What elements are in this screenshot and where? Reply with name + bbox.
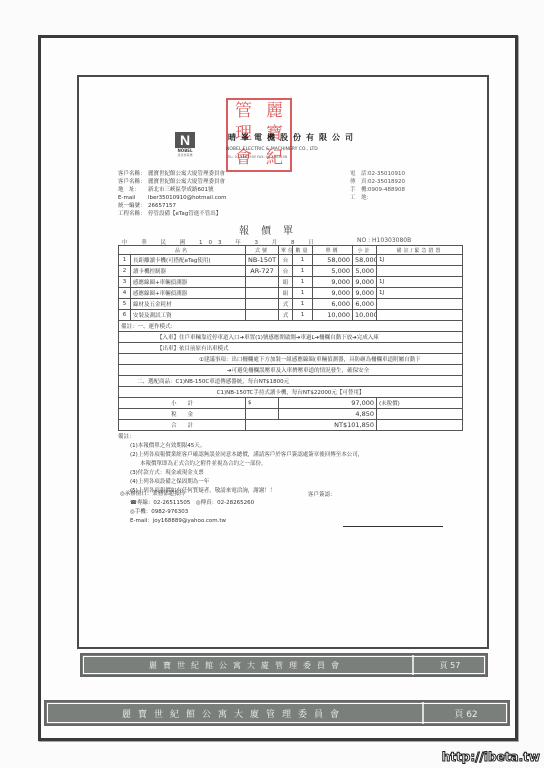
stamp-char: 管 (228, 100, 259, 123)
item-remark: 1J (377, 255, 463, 266)
item-qty: 1 (293, 277, 313, 288)
label: 地 址： (118, 186, 148, 194)
customer-signature-label: 客戶簽認： (308, 490, 336, 498)
item-subtotal: 5,000 (353, 266, 377, 277)
customer-row: 客戶名稱：麗寶世紀館公寓大廈管理委員會 (118, 178, 226, 186)
stamp-char: 麗 (259, 100, 290, 123)
note-text: 二、選配商品：C1)NB-150C車道傳感器統，每台NT$1800元 (119, 376, 463, 387)
item-subtotal: 6,000 (353, 299, 377, 310)
item-unit-price: 5,000 (313, 266, 353, 277)
item-unit: 台 (279, 266, 293, 277)
table-note-row: 備註：一、運作模式： (119, 321, 463, 332)
sales-window: ◎承辦窗口：業務部趙振玲 (120, 490, 254, 499)
sales-mobile: ◎手機：0982-976303 (120, 508, 254, 517)
value: 02-35010910 (368, 170, 405, 178)
item-model (246, 288, 279, 299)
label: E-mail (118, 194, 148, 202)
value: 麗寶世紀館公寓大廈管理委員會 (148, 178, 225, 186)
header-subtotal: 小計 (353, 246, 377, 255)
footer-page-number: 頁 57 (414, 655, 486, 675)
item-name: 讀卡機控制器 (131, 266, 246, 277)
remark-item: (4)上列各項設備之保固期為一年 (118, 478, 363, 487)
inner-footer-bar: 麗寶世紀館公寓大廈管理委員會 頁 57 (80, 653, 488, 677)
item-remark (377, 299, 463, 310)
footer-title: 麗寶世紀館公寓大廈管理委員會 (46, 702, 424, 724)
quote-number: NO : H10303080B (357, 237, 411, 244)
header-model: 式號 (246, 246, 279, 255)
header-unit: 單位 (279, 246, 293, 255)
note-text: 【入車】住戶車輛靠近停車道入口➔車置(1)號感應開啟閘➔車過L➔柵欄自動下放➔完… (119, 332, 463, 343)
note-text: ①建議事項：出口柵欄處下方加裝一組感應線圈(車輛偵測器，具防砸為柵欄車道附屬自動… (119, 354, 463, 365)
item-number: 1 (119, 255, 131, 266)
item-qty: 1 (293, 310, 313, 321)
label: 工 地： (350, 194, 368, 202)
item-model (246, 310, 279, 321)
item-unit-price: 9,000 (313, 288, 353, 299)
contact-row: 手 機：0909-488908 (350, 186, 405, 194)
table-note-row: 【入車】住戶車輛靠近停車道入口➔車置(1)號感應開啟閘➔車過L➔柵欄自動下放➔完… (119, 332, 463, 343)
item-subtotal: 9,000 (353, 288, 377, 299)
table-note-row: ①建議事項：出口柵欄處下方加裝一組感應線圈(車輛偵測器，具防砸為柵欄車道附屬自動… (119, 354, 463, 365)
sales-phone-fax: ☎專線：02-26511505 ◎傳真：02-28265260 (120, 499, 254, 508)
item-model: NB-150T (246, 255, 279, 266)
item-name: 長距離讀卡機(可搭配eTag使用) (131, 255, 246, 266)
customer-row: 統一編號：26657157 (118, 202, 226, 210)
contact-row: 傳 真：02-35018920 (350, 178, 405, 186)
tax-spacer (246, 409, 279, 420)
table-row: 5線材及五金耗材式16,0006,000 (119, 299, 463, 310)
value: 麗寶世紀館公寓大廈管理委員會 (148, 170, 225, 178)
item-name: 感應線圈+車輛偵測器 (131, 277, 246, 288)
company-name: 晴峯電機股份有限公司 (228, 132, 358, 143)
item-model (246, 299, 279, 310)
header-item-name: 品名 (119, 246, 246, 255)
note-text: 備註：一、運作模式： (119, 321, 463, 332)
header-qty: 數量 (293, 246, 313, 255)
value: 02-35018920 (368, 178, 405, 186)
total-note (377, 420, 463, 431)
tax-note (377, 409, 463, 420)
item-subtotal: 58,000 (353, 255, 377, 266)
item-unit-price: 9,000 (313, 277, 353, 288)
table-note-row: 二、選配商品：C1)NB-150C車道傳感器統，每台NT$1800元 (119, 376, 463, 387)
note-text: 【出車】依目前原有出車模式 (119, 343, 463, 354)
tax-row: 稅 金 4,850 (119, 409, 463, 420)
item-qty: 1 (293, 299, 313, 310)
footer-title: 麗寶世紀館公寓大廈管理委員會 (82, 655, 414, 675)
label: 傳 真： (350, 178, 368, 186)
item-number: 3 (119, 277, 131, 288)
label: 工程名稱： (118, 210, 148, 218)
company-name-english: NOBEL ELECTRIC & MACHINERY CO., LTD (226, 147, 318, 152)
customer-row: 地 址：新北市三峽區學成路601號 (118, 186, 226, 194)
subtotal-value: 97,000 (279, 398, 377, 409)
item-name: 線材及五金耗材 (131, 299, 246, 310)
item-model: AR-727 (246, 266, 279, 277)
item-unit: 式 (279, 299, 293, 310)
value: 停管設備【eTag管進不管出】 (148, 210, 221, 218)
item-number: 5 (119, 299, 131, 310)
subtotal-label: 小 計 (119, 398, 246, 409)
subtotal-row: 小 計 $ 97,000 (未稅價) (119, 398, 463, 409)
value: 0909-488908 (368, 186, 405, 194)
item-number: 6 (119, 310, 131, 321)
footer-page-number: 頁 62 (424, 702, 508, 724)
value: lber35010910@hotmail.com (148, 194, 226, 202)
contact-row: 電 話：02-35010910 (350, 170, 405, 178)
logo-n-icon: N (175, 132, 195, 148)
header-unit-price: 單價 (313, 246, 353, 255)
label: 電 話： (350, 170, 368, 178)
remark-item: (3)付款方式：現金或現金支票 (118, 469, 363, 478)
remark-item: (1)本報價單之有效期限45天。 (118, 442, 363, 451)
item-unit: 組 (279, 288, 293, 299)
value: 26657157 (148, 202, 176, 210)
note-text: C1)NB-150TC手持式讀卡機，每台NT$22000元【可替用】 (119, 387, 463, 398)
table-row: 4感應線圈+車輛偵測器組19,0009,0001J (119, 288, 463, 299)
tax-label: 稅 金 (119, 409, 246, 420)
total-row: 合 計 NT$101,850 (119, 420, 463, 431)
sales-contact: ◎承辦窗口：業務部趙振玲 ☎專線：02-26511505 ◎傳真：02-2826… (120, 490, 254, 526)
outer-footer-bar: 麗寶世紀館公寓大廈管理委員會 頁 62 (44, 700, 510, 726)
table-row: 6安裝及測試工資式110,00010,000 (119, 310, 463, 321)
item-unit-price: 10,000 (313, 310, 353, 321)
table-note-row: ➔可避免柵欄誤壓車及入車擠壓車道的情況發生，確保安全 (119, 365, 463, 376)
site-watermark: http://ibeta.tw (442, 750, 540, 764)
label: 客戶名稱： (118, 178, 148, 186)
item-remark: 1J (377, 277, 463, 288)
note-text: ➔可避免柵欄誤壓車及入車擠壓車道的情況發生，確保安全 (119, 365, 463, 376)
remarks-section: 備註： (1)本報價單之有效期限45天。 (2)上列各項報價業經客戶確認無誤並同… (118, 433, 363, 496)
table-row: 2讀卡機控制器AR-727台15,0005,000 (119, 266, 463, 277)
table-note-row: 【出車】依目前原有出車模式 (119, 343, 463, 354)
contact-row: 工 地： (350, 194, 405, 202)
company-address: TEL: 03-4903595 FAX: 03-4903258 (226, 155, 287, 159)
item-unit: 台 (279, 255, 293, 266)
total-label: 合 計 (119, 420, 246, 431)
item-subtotal: 9,000 (353, 277, 377, 288)
total-value: NT$101,850 (246, 420, 377, 431)
item-subtotal: 10,000 (353, 310, 377, 321)
signature-line (343, 526, 443, 527)
customer-row: E-maillber35010910@hotmail.com (118, 194, 226, 202)
logo-subtitle: 諾貝爾電機 (172, 153, 198, 157)
customer-row: 工程名稱：停管設備【eTag管進不管出】 (118, 210, 226, 218)
customer-info: 客戶名稱：麗寶世紀館公寓大廈管理委員會 客戶名稱：麗寶世紀館公寓大廈管理委員會 … (118, 170, 226, 218)
subtotal-currency: $ (246, 398, 279, 409)
header-remarks: 備註/緊急措置 (377, 246, 463, 255)
item-name: 感應線圈+車輛偵測器 (131, 288, 246, 299)
document-title: 報價單 (0, 222, 544, 237)
item-number: 4 (119, 288, 131, 299)
item-qty: 1 (293, 255, 313, 266)
item-unit: 式 (279, 310, 293, 321)
item-unit: 組 (279, 277, 293, 288)
table-row: 1長距離讀卡機(可搭配eTag使用)NB-150T台158,00058,0001… (119, 255, 463, 266)
item-remark (377, 310, 463, 321)
customer-row: 客戶名稱：麗寶世紀館公寓大廈管理委員會 (118, 170, 226, 178)
item-qty: 1 (293, 266, 313, 277)
table-header-row: 品名 式號 單位 數量 單價 小計 備註/緊急措置 (119, 246, 463, 255)
remarks-title: 備註： (118, 433, 363, 442)
remark-item: (2)上列各項報價業經客戶確認無誤並同意本總價，謹請客戶於客戶簽認處簽章後回傳至… (118, 451, 363, 460)
table-row: 3感應線圈+車輛偵測器組19,0009,0001J (119, 277, 463, 288)
tax-value: 4,850 (279, 409, 377, 420)
item-qty: 1 (293, 288, 313, 299)
item-unit-price: 58,000 (313, 255, 353, 266)
value: 新北市三峽區學成路601號 (148, 186, 214, 194)
label: 手 機： (350, 186, 368, 194)
item-unit-price: 6,000 (313, 299, 353, 310)
table-note-row: C1)NB-150TC手持式讀卡機，每台NT$22000元【可替用】 (119, 387, 463, 398)
item-remark (377, 266, 463, 277)
item-remark: 1J (377, 288, 463, 299)
subtotal-note: (未稅價) (377, 398, 463, 409)
contact-info: 電 話：02-35010910 傳 真：02-35018920 手 機：0909… (350, 170, 405, 202)
company-logo: N NOBEL 諾貝爾電機 (172, 132, 198, 157)
item-name: 安裝及測試工資 (131, 310, 246, 321)
item-number: 2 (119, 266, 131, 277)
remark-item: 本報價單即為正式合約之附件並視為合約之一部份。 (118, 460, 363, 469)
item-model (246, 277, 279, 288)
sales-email: E-mail：joy168889@yahoo.com.tw (120, 517, 254, 526)
label: 統一編號： (118, 202, 148, 210)
quote-table: 品名 式號 單位 數量 單價 小計 備註/緊急措置 1長距離讀卡機(可搭配eTa… (118, 245, 463, 431)
label: 客戶名稱： (118, 170, 148, 178)
